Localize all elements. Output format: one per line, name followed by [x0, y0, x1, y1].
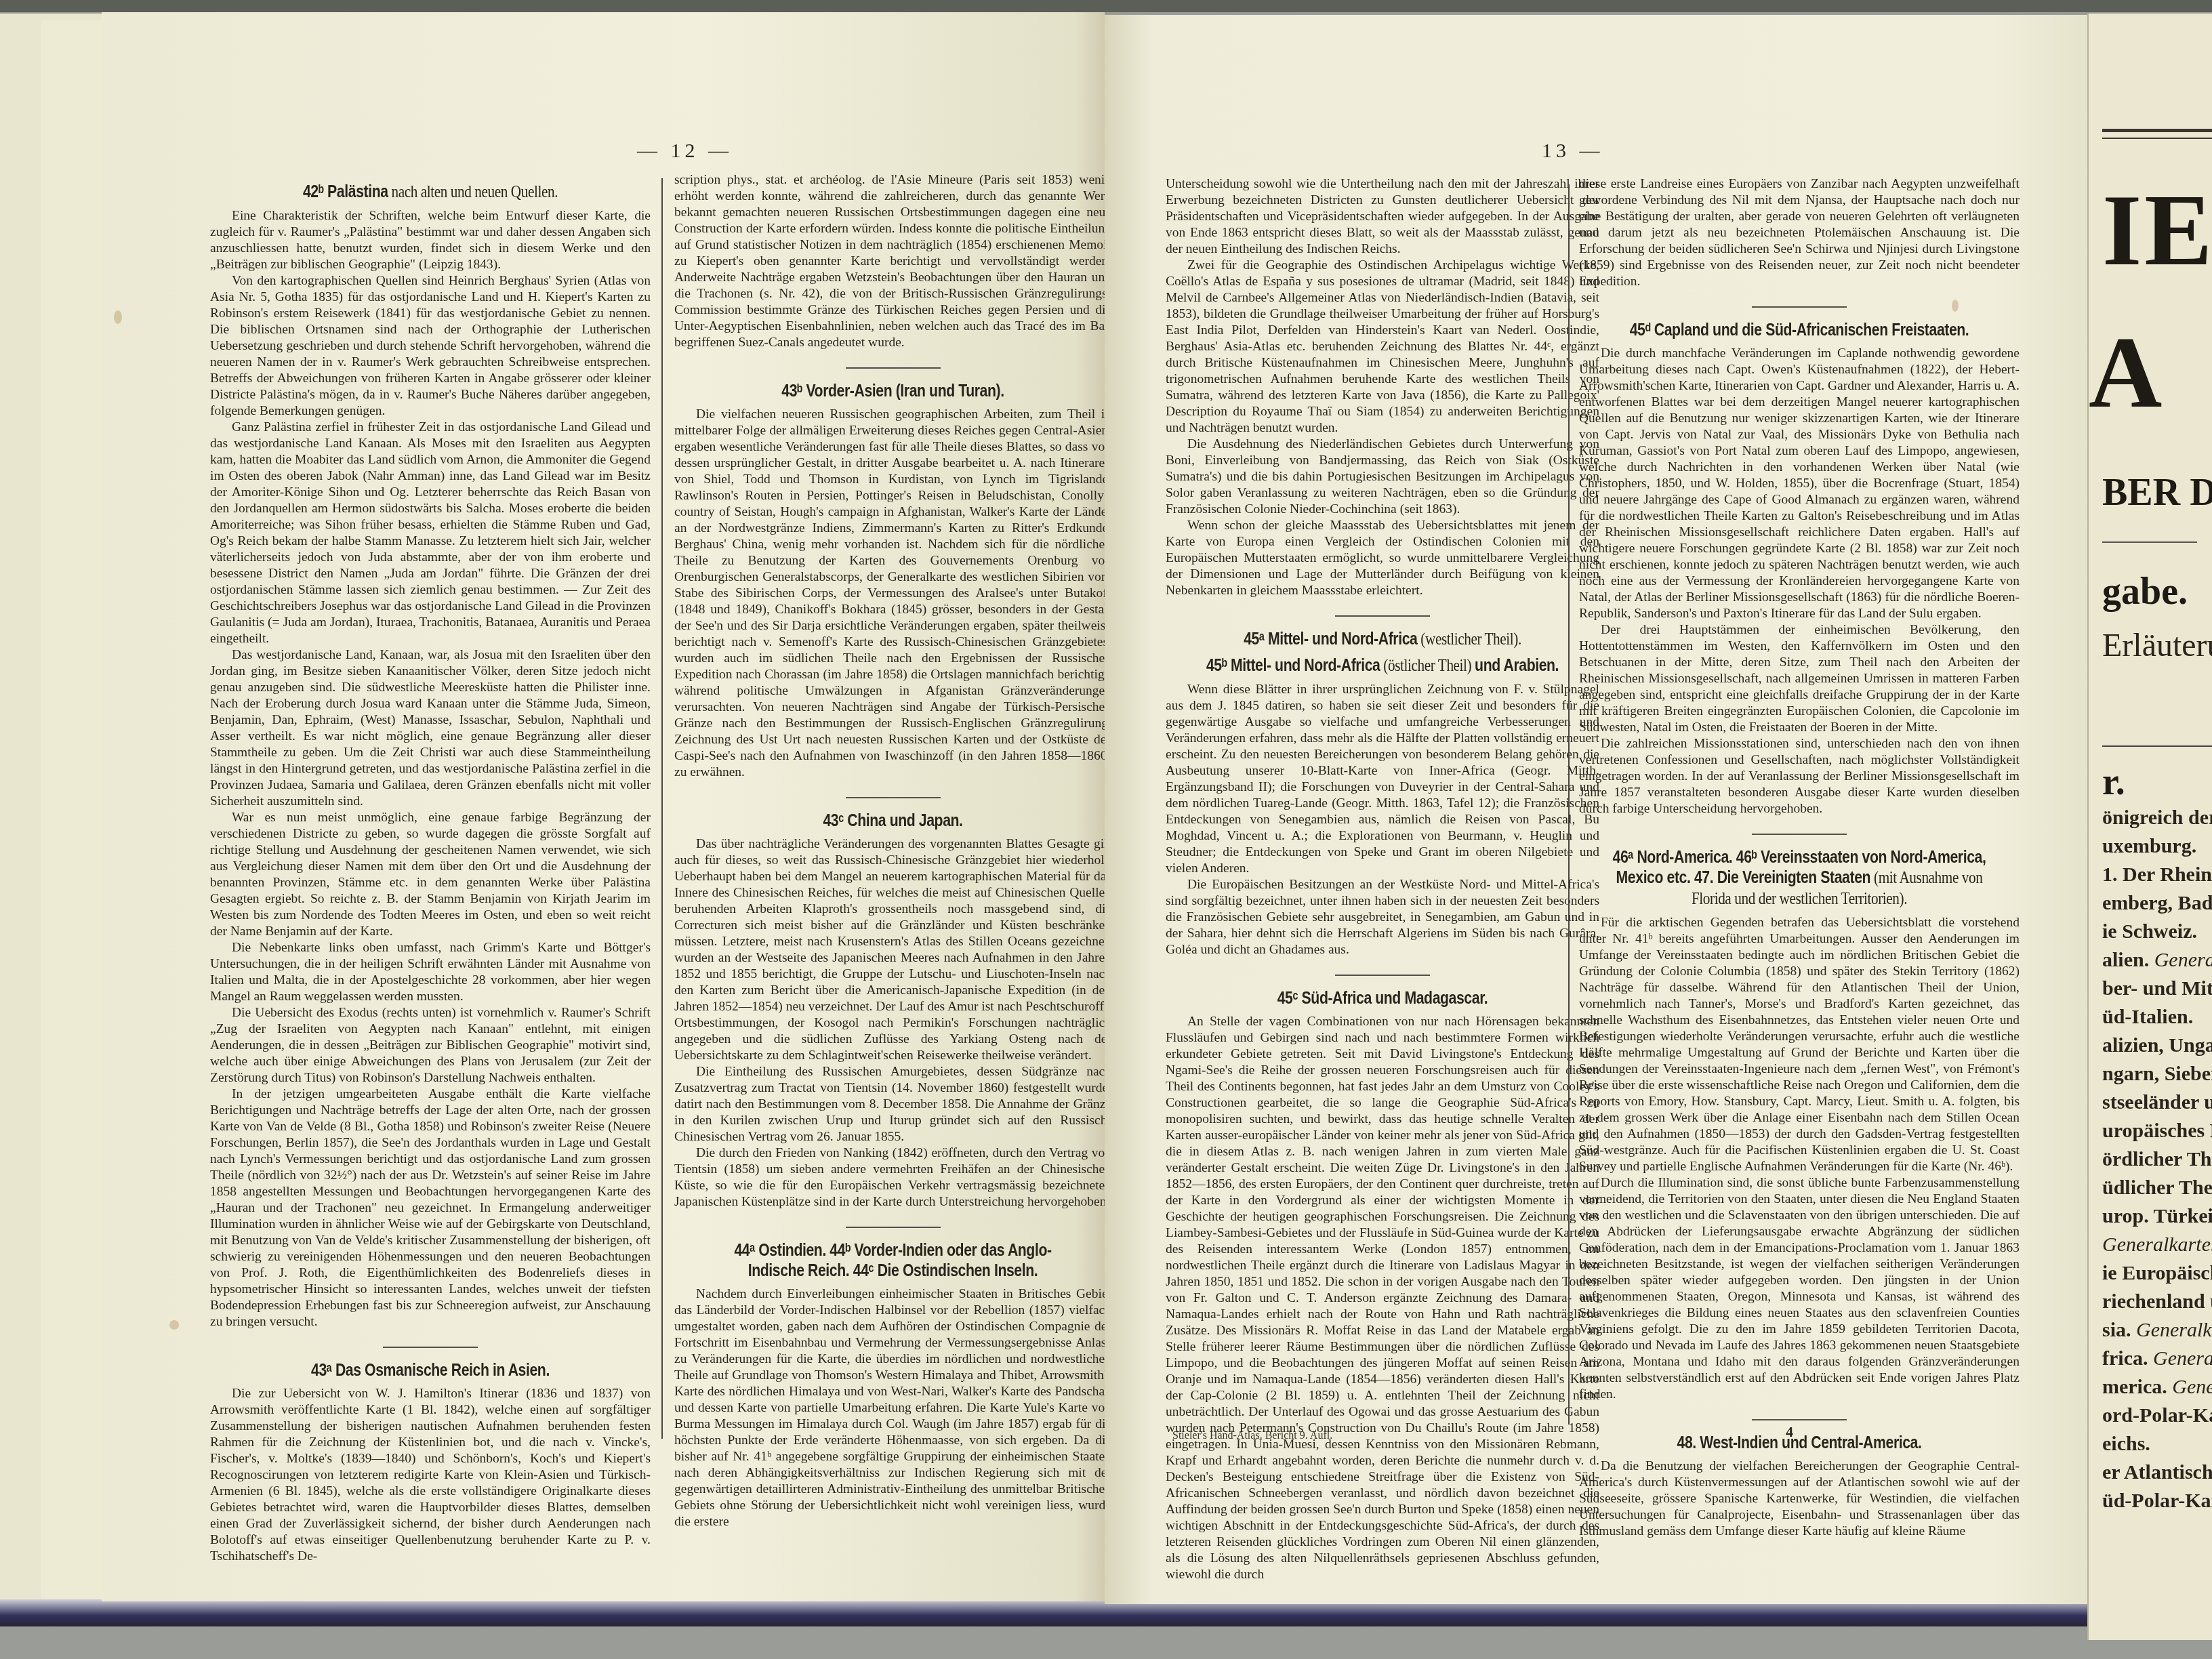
preceding-page-edges-inner: [41, 20, 109, 1599]
map-list-item-text: sia.: [2102, 1319, 2136, 1341]
section-separator: [1752, 834, 1847, 835]
paragraph: Die zahlreichen Missionsstationen sind, …: [1579, 736, 2020, 817]
map-list-item: eichs.: [2102, 1430, 2212, 1458]
map-list-item-text: urop. Türkei, G: [2102, 1205, 2212, 1227]
divider: [2102, 745, 2212, 747]
map-list-item-text: ngarn, Siebenbür: [2102, 1063, 2212, 1085]
map-list-item-text: alizien, Ungarn,: [2102, 1034, 2212, 1057]
map-list-item-text: emberg, Baden,: [2102, 892, 2212, 914]
section-heading: 43ᵃ Das Osmanische Reich in Asien.: [243, 1360, 618, 1380]
paragraph: Unterscheidung sowohl wie die Untertheil…: [1166, 176, 1599, 258]
paragraph: Zwei für die Geographie des Ostindischen…: [1166, 258, 1599, 436]
map-list-item: üd-Polar-Karte.: [2102, 1487, 2212, 1515]
map-list-item: önigreich der N: [2102, 804, 2212, 832]
section-heading-bold: 45ᵃ Mittel- und Nord-Africa: [1244, 630, 1417, 649]
map-list-item-text: stseeländer und I: [2102, 1091, 2212, 1113]
title-rule: [2102, 129, 2212, 132]
map-list-item: Generalkarte.: [2102, 1231, 2212, 1259]
paragraph: diese erste Landreise eines Europäers vo…: [1579, 176, 2020, 290]
page-number-left: — 12 —: [637, 140, 733, 163]
right-page-column-1: Unterscheidung sowohl wie die Untertheil…: [1166, 176, 1599, 1583]
paper-stain: [169, 1320, 179, 1330]
map-list-item-text: ie Europäische T: [2102, 1262, 2212, 1284]
map-list-item: ngarn, Siebenbür: [2102, 1060, 2212, 1088]
paragraph: Das über nachträgliche Veränderungen des…: [674, 836, 1111, 1064]
left-page: — 12 — 42ᵇ Palästina nach alten und neue…: [102, 12, 1105, 1601]
right-page-column-2: diese erste Landreise eines Europäers vo…: [1579, 176, 2020, 1540]
column-divider: [661, 178, 663, 1439]
map-list-item: 1. Der Rhein v: [2102, 861, 2212, 889]
map-list-item: üdlicher Theil vo: [2102, 1174, 2212, 1202]
column-divider: [1568, 184, 1570, 1425]
section-separator: [846, 797, 941, 798]
paragraph: Die Ausdehnung des Niederländischen Gebi…: [1166, 436, 1599, 518]
paragraph: Eine Charakteristik der Schriften, welch…: [210, 208, 651, 273]
map-list-item: sia. Generalkarte: [2102, 1316, 2212, 1345]
paragraph: Nachdem durch Einverleibungen einheimisc…: [674, 1286, 1111, 1530]
map-list-item-text: 1. Der Rhein v: [2102, 863, 2212, 886]
section-heading: 45ᵃ Mittel- und Nord-Africa (westlicher …: [1198, 629, 1567, 650]
section-heading-bold: 43ᶜ China und Japan.: [823, 811, 962, 830]
map-list-item-text: riechenland und: [2102, 1290, 2212, 1313]
paragraph: Der drei Hauptstämmen der einheimischen …: [1579, 622, 2020, 736]
map-list-item-italic: Generalka: [2153, 1347, 2212, 1370]
map-list-item-text: ördlicher Theil v: [2102, 1148, 2212, 1170]
section-heading-part: (östlicher Theil): [1380, 657, 1475, 675]
map-list-item-text: üd-Polar-Karte.: [2102, 1490, 2212, 1512]
map-list-item-text: er Atlantische Oc: [2102, 1461, 2212, 1483]
background-strip: [0, 0, 2212, 12]
map-list-item: stseeländer und I: [2102, 1088, 2212, 1117]
map-list-item: frica. Generalka: [2102, 1345, 2212, 1373]
right-page: 13 — Unterscheidung sowohl wie die Unter…: [1105, 15, 2087, 1604]
section-heading: 46ᵃ Nord-America. 46ᵇ Vereinsstaaten von…: [1612, 847, 1987, 909]
section-heading: 48. West-Indien und Central-America.: [1612, 1433, 1987, 1453]
section-heading-part: 45ᵇ Mittel- und Nord-Africa: [1206, 656, 1380, 675]
section-heading: 45ᵈ Capland und die Süd-Africanischen Fr…: [1612, 320, 1987, 340]
map-list-item: uropäisches Russl: [2102, 1117, 2212, 1145]
map-list-item: ördlicher Theil v: [2102, 1145, 2212, 1174]
paragraph: Durch die Illumination sind, die sonst ü…: [1579, 1175, 2020, 1403]
paragraph: Für die arktischen Gegenden betrafen das…: [1579, 915, 2020, 1175]
section-heading: 45ᶜ Süd-Africa und Madagascar.: [1198, 988, 1567, 1008]
paragraph: War es nun meist unmöglich, eine genaue …: [210, 810, 651, 940]
map-list-item-italic: Generalka: [2154, 949, 2212, 971]
subtitle-fragment: BER DAS: [2102, 471, 2212, 514]
signature-mark: 4: [1786, 1423, 1793, 1441]
map-list-item-text: ie Schweiz.: [2102, 920, 2197, 943]
map-list-item: üd-Italien.: [2102, 1003, 2212, 1031]
paragraph: Ganz Palästina zerfiel in frühester Zeit…: [210, 419, 651, 647]
paragraph: In der jetzigen umgearbeiteten Ausgabe e…: [210, 1086, 651, 1330]
map-list-item-text: eichs.: [2102, 1433, 2150, 1455]
map-list-item: ord-Polar-Karte: [2102, 1401, 2212, 1430]
paragraph: Die durch den Frieden von Nanking (1842)…: [674, 1145, 1111, 1210]
section-heading: 42ᵇ Palästina nach alten und neuen Quell…: [243, 182, 618, 203]
section-heading-bold: 43ᵇ Vorder-Asien (Iran und Turan).: [781, 382, 1004, 401]
left-page-column-2: scription phys., stat. et archéolog. de …: [674, 172, 1111, 1530]
map-list-item-text: uxemburg.: [2102, 835, 2196, 857]
paper-stain: [1952, 300, 1959, 312]
map-list-item: uxemburg.: [2102, 832, 2212, 861]
map-list-item: merica. Generall: [2102, 1373, 2212, 1401]
paragraph: Die durch manchfache Veränderungen im Ca…: [1579, 346, 2020, 622]
section-separator: [846, 1227, 941, 1228]
map-list-item: ber- und Mittel-: [2102, 975, 2212, 1003]
divider: [2102, 541, 2197, 543]
paragraph: Von den kartographischen Quellen sind He…: [210, 273, 651, 419]
section-separator: [1335, 615, 1430, 617]
section-heading: 43ᶜ China und Japan.: [707, 811, 1078, 831]
map-list-item: ie Europäische T: [2102, 1259, 2212, 1288]
paragraph: Die zur Uebersicht von W. J. Hamilton's …: [210, 1386, 651, 1565]
map-list-item: ie Schweiz.: [2102, 918, 2212, 946]
note-fragment: Erläuteru: [2102, 627, 2212, 664]
map-list-item-italic: Generall: [2172, 1376, 2212, 1398]
section-heading-part: und Arabien.: [1475, 656, 1559, 675]
map-list-item-text: uropäisches Russl: [2102, 1120, 2212, 1142]
left-page-column-1: 42ᵇ Palästina nach alten und neuen Quell…: [210, 169, 651, 1565]
map-list-item: emberg, Baden,: [2102, 889, 2212, 918]
paragraph: Wenn schon der gleiche Maassstab des Ueb…: [1166, 518, 1599, 599]
paragraph: An Stelle der vagen Combinationen von nu…: [1166, 1014, 1599, 1583]
page-number-right: 13 —: [1542, 140, 1604, 163]
section-heading-bold: 45ᶜ Süd-Africa und Madagascar.: [1277, 989, 1488, 1008]
map-list-item-text: ord-Polar-Karte: [2102, 1404, 2212, 1427]
book-footer: Stieler's Hand-Atlas. Bericht 9. Aufl.: [1172, 1430, 1332, 1442]
section-heading-plain: (westlicher Theil).: [1417, 630, 1521, 649]
map-list-item-text: önigreich der N: [2102, 806, 2212, 829]
map-list-item: alien. Generalka: [2102, 946, 2212, 975]
section-heading-bold: 44ᵃ Ostindien. 44ᵇ Vorder-Indien oder da…: [734, 1241, 1051, 1280]
paragraph: Die Eintheilung des Russischen Amurgebie…: [674, 1064, 1111, 1145]
section-heading: 43ᵇ Vorder-Asien (Iran und Turan).: [707, 381, 1078, 401]
map-list-item-text: üd-Italien.: [2102, 1006, 2193, 1028]
paragraph: Da die Benutzung der vielfachen Bereiche…: [1579, 1458, 2020, 1540]
section-heading: 45ᵇ Mittel- und Nord-Africa (östlicher T…: [1198, 655, 1567, 676]
map-list-item-text: alien.: [2102, 949, 2154, 971]
section-heading-bold: 45ᵈ Capland und die Süd-Africanischen Fr…: [1630, 321, 1969, 340]
section-separator: [846, 367, 941, 369]
list-heading-fragment: r.: [2102, 760, 2212, 804]
section-heading-bold: 48. West-Indien und Central-America.: [1677, 1433, 1921, 1452]
paragraph: Die Uebersicht des Exodus (rechts unten)…: [210, 1005, 651, 1086]
map-list-item-text: merica.: [2102, 1376, 2172, 1398]
edition-fragment: gabe.: [2102, 570, 2212, 613]
map-list-item-italic: Generalkarte: [2136, 1319, 2212, 1341]
paper-stain: [114, 310, 122, 324]
section-separator: [1752, 1419, 1847, 1420]
map-list-item: urop. Türkei, G: [2102, 1202, 2212, 1231]
map-list-item-text: ber- und Mittel-: [2102, 977, 2212, 1000]
map-list-item: er Atlantische Oc: [2102, 1458, 2212, 1487]
section-separator: [1752, 306, 1847, 308]
map-list-item-text: üdlicher Theil vo: [2102, 1176, 2212, 1199]
map-list-item: riechenland und: [2102, 1288, 2212, 1316]
section-separator: [1335, 975, 1430, 976]
foldout-title-sheet: IEL A BER DAS gabe. Erläuteru r. önigrei…: [2087, 14, 2212, 1640]
map-list-item: alizien, Ungarn,: [2102, 1031, 2212, 1060]
title-rule: [2102, 138, 2212, 139]
section-separator: [383, 1347, 478, 1348]
section-heading-plain: nach alten und neuen Quellen.: [388, 183, 558, 201]
section-heading: 44ᵃ Ostindien. 44ᵇ Vorder-Indien oder da…: [707, 1240, 1078, 1281]
map-list: önigreich der Nuxemburg.1. Der Rhein vem…: [2102, 804, 2212, 1515]
title-fragment: IEL: [2102, 180, 2212, 281]
paragraph: scription phys., stat. et archéolog. de …: [674, 172, 1111, 351]
paragraph: Wenn diese Blätter in ihrer ursprünglich…: [1166, 682, 1599, 877]
paragraph: Die Europäischen Besitzungen an der West…: [1166, 877, 1599, 958]
section-heading-bold: 42ᵇ Palästina: [303, 182, 388, 201]
paragraph: Die vielfachen neueren Russischen geogra…: [674, 407, 1111, 781]
paragraph: Das westjordanische Land, Kanaan, war, a…: [210, 647, 651, 810]
paragraph: Die Nebenkarte links oben umfasst, nach …: [210, 940, 651, 1005]
map-list-item-text: frica.: [2102, 1347, 2153, 1370]
title-fragment-2: A: [2089, 322, 2212, 424]
section-heading-bold: 43ᵃ Das Osmanische Reich in Asien.: [311, 1361, 550, 1380]
map-list-item-italic: Generalkarte.: [2102, 1233, 2212, 1256]
